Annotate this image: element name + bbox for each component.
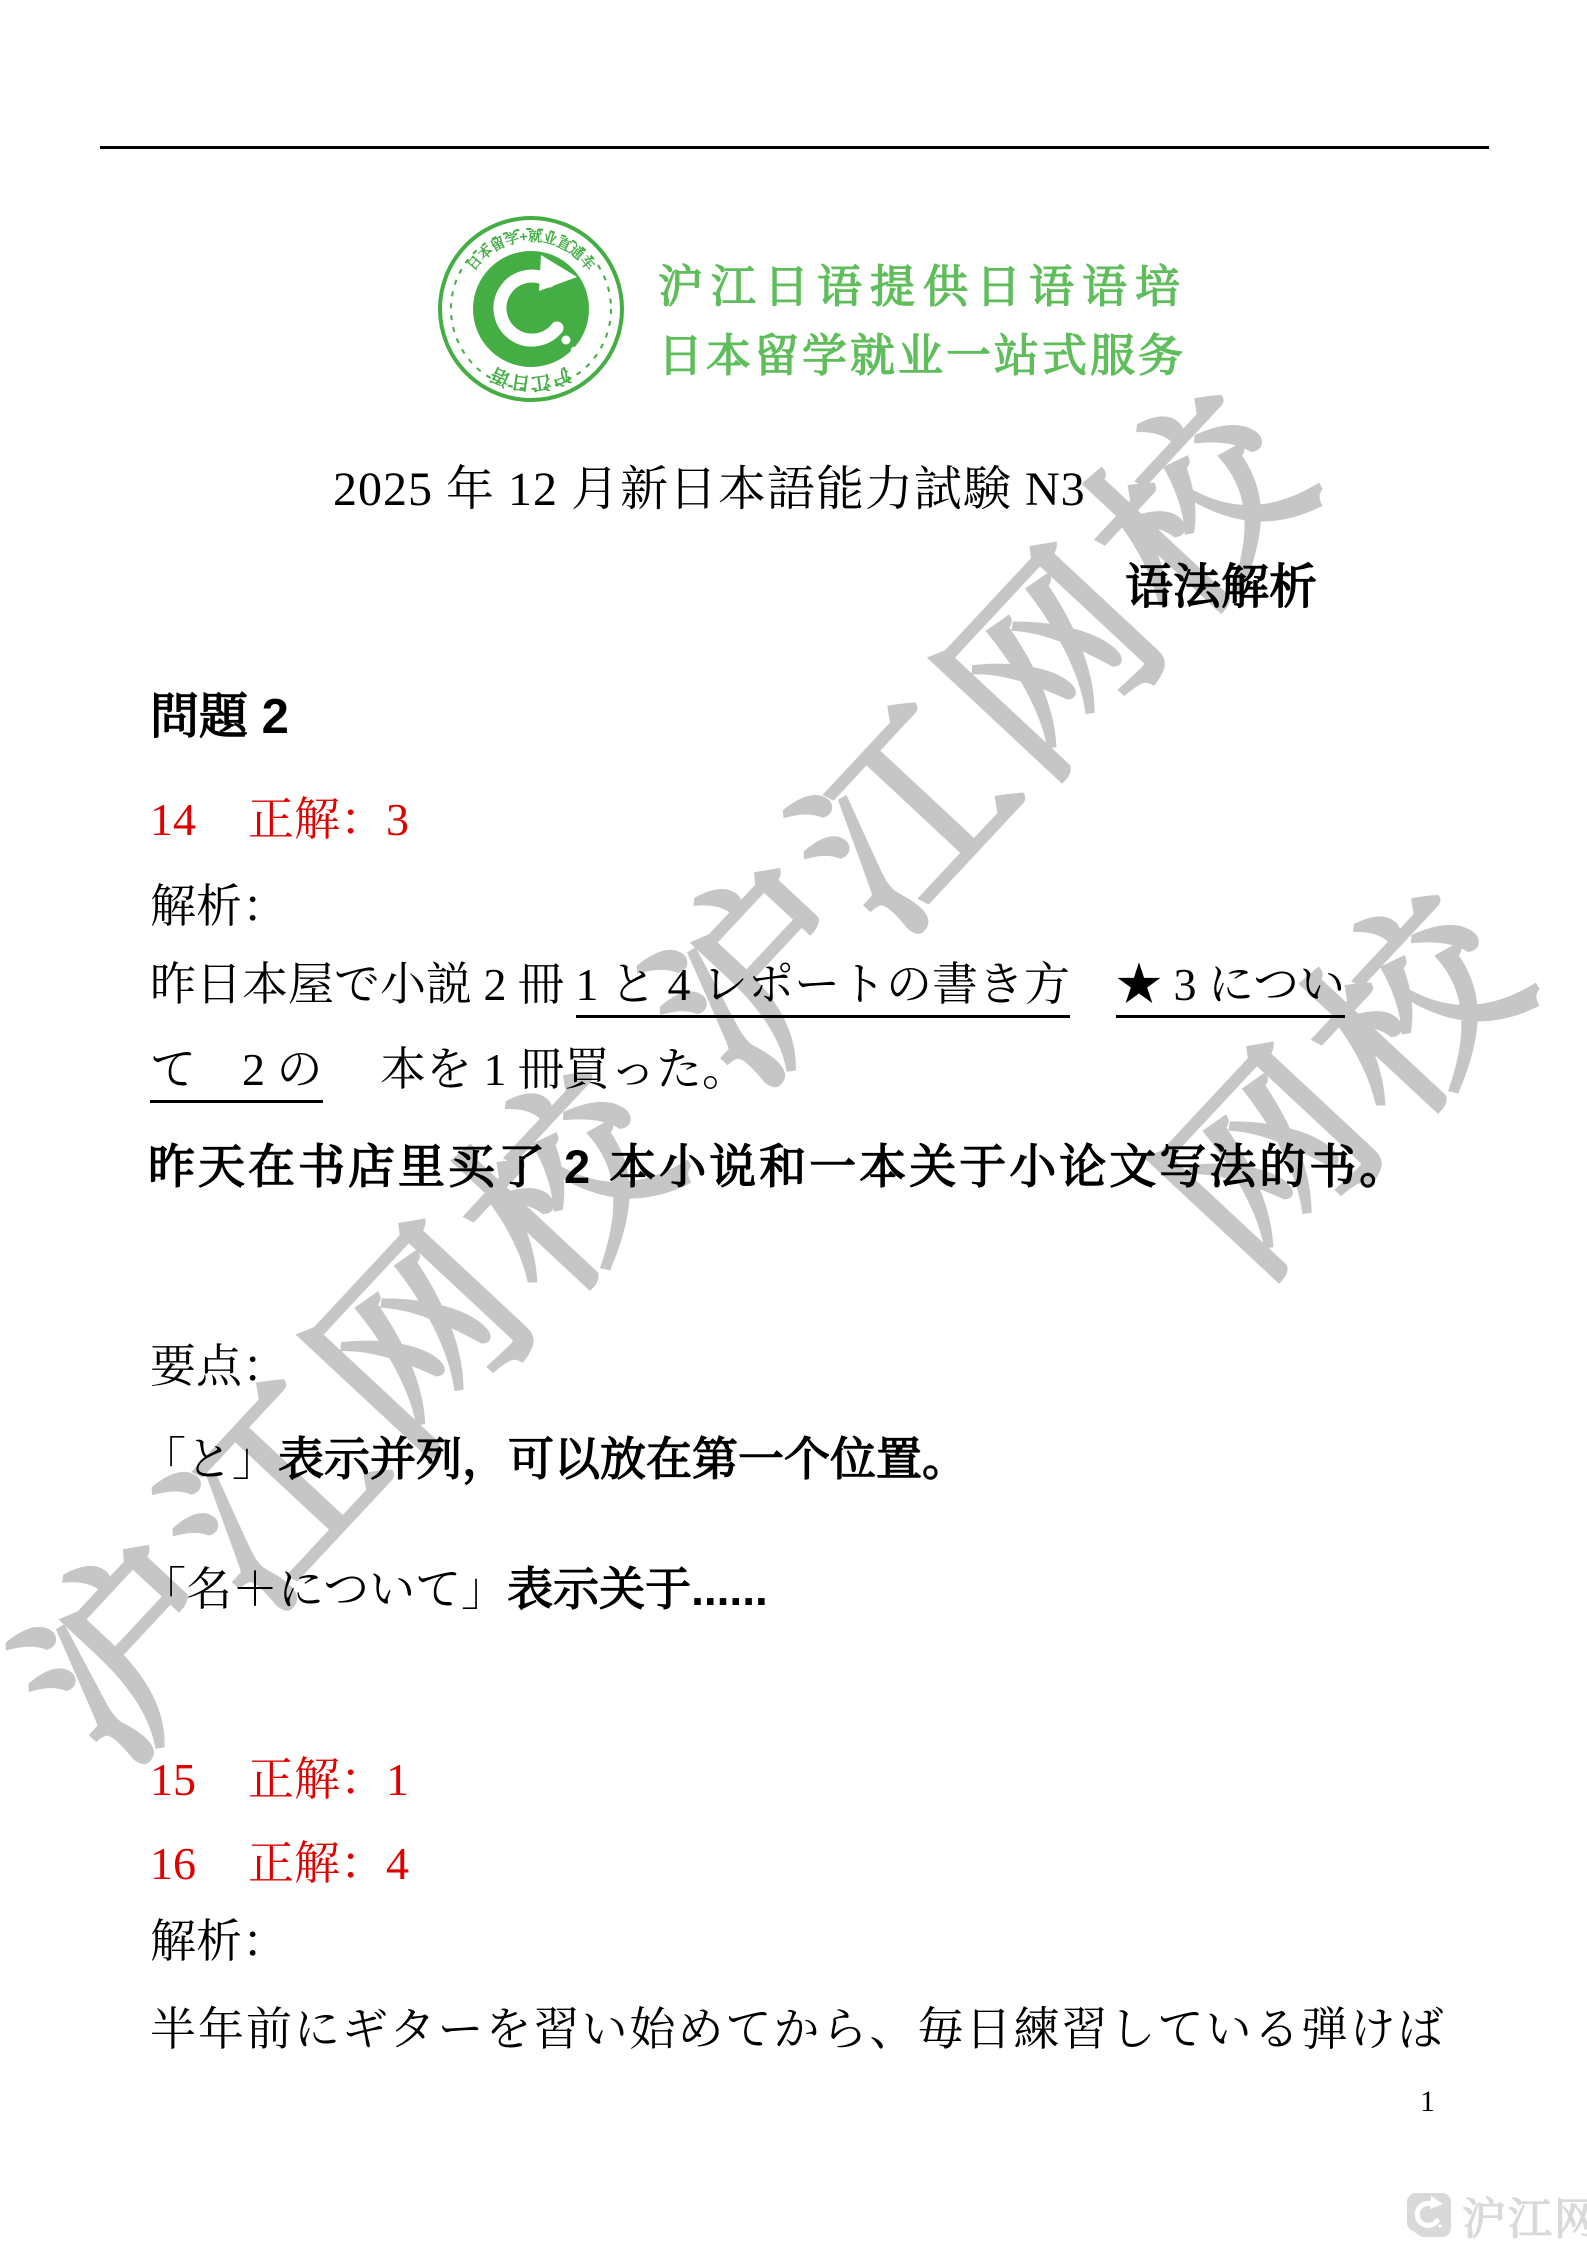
answer-line-14: 14正解：3 — [150, 783, 409, 849]
keypoints-label: 要点： — [150, 1330, 288, 1396]
hujiang-bubble-icon — [1406, 2192, 1452, 2238]
text-segment: 4 レポートの書き方 — [668, 959, 1071, 1018]
page-number: 1 — [1420, 2085, 1435, 2119]
chinese-translation: 昨天在书店里买了 2 本小说和一本关于小论文写法的书。 — [148, 1130, 1409, 1197]
text-segment — [1070, 959, 1116, 1010]
watermark-diagonal-2: 网校 — [1130, 857, 1568, 1306]
text-segment: 昨日本屋で小説 2 冊 — [150, 959, 576, 1010]
header-divider — [100, 146, 1489, 149]
answer-line-16: 16正解：4 — [150, 1827, 409, 1893]
badge-bottom-arc-text: 沪江日语 — [487, 363, 574, 395]
section-label: 语法解析 — [1125, 548, 1317, 617]
japanese-sentence-line3: 半年前にギターを習い始めてから、毎日練習している弾けば — [150, 1993, 1446, 2059]
japanese-sentence-line1: 昨日本屋で小説 2 冊 1 と 4 レポートの書き方 ★ 3 につい — [150, 948, 1345, 1014]
answer-value: 正解：3 — [248, 794, 409, 845]
text-segment: て 2 の — [150, 1044, 323, 1103]
problem-heading: 問題 2 — [150, 678, 289, 748]
tagline-line2: 日本留学就业一站式服务 — [658, 321, 1188, 390]
keypoint-1: 「と」表示并列，可以放在第一个位置。 — [140, 1423, 968, 1489]
footer-brand: 沪江网 — [1406, 2183, 1587, 2245]
question-number: 14 — [150, 794, 196, 845]
document-title: 2025 年 12 月新日本語能力試験 N3 — [333, 450, 1086, 519]
text-segment: 本を 1 冊買った。 — [323, 1044, 749, 1095]
question-number: 16 — [150, 1838, 196, 1889]
hujiang-logo-badge: 日本留学+就业直通车 沪江日语 — [435, 213, 627, 405]
answer-line-15: 15正解：1 — [150, 1743, 409, 1809]
document-page: 沪江网校 沪江网校 网校 日本留学+就业直通车 沪江日语 沪江日语提供日语语培 … — [0, 0, 1587, 2245]
answer-value: 正解：1 — [248, 1754, 409, 1805]
analysis-label: 解析： — [150, 870, 288, 936]
answer-value: 正解：4 — [248, 1838, 409, 1889]
text-segment: ★ 3 につい — [1116, 959, 1345, 1018]
analysis-label-2: 解析： — [150, 1905, 288, 1971]
question-number: 15 — [150, 1754, 196, 1805]
keypoint-2: 「名＋について」表示关于...... — [140, 1553, 768, 1619]
tagline-line1: 沪江日语提供日语语培 — [658, 252, 1188, 321]
text-segment: 「名＋について」 — [140, 1564, 507, 1615]
text-segment: 表示关于...... — [507, 1563, 768, 1615]
text-segment: 表示并列，可以放在第一个位置。 — [278, 1433, 968, 1485]
svg-text:沪江日语: 沪江日语 — [487, 363, 574, 395]
brand-tagline: 沪江日语提供日语语培 日本留学就业一站式服务 — [658, 252, 1188, 390]
footer-brand-text: 沪江网 — [1462, 2183, 1587, 2245]
text-segment: 「と」 — [140, 1434, 278, 1485]
japanese-sentence-line2: て 2 の 本を 1 冊買った。 — [150, 1033, 748, 1099]
text-segment: 1 と — [576, 959, 668, 1018]
